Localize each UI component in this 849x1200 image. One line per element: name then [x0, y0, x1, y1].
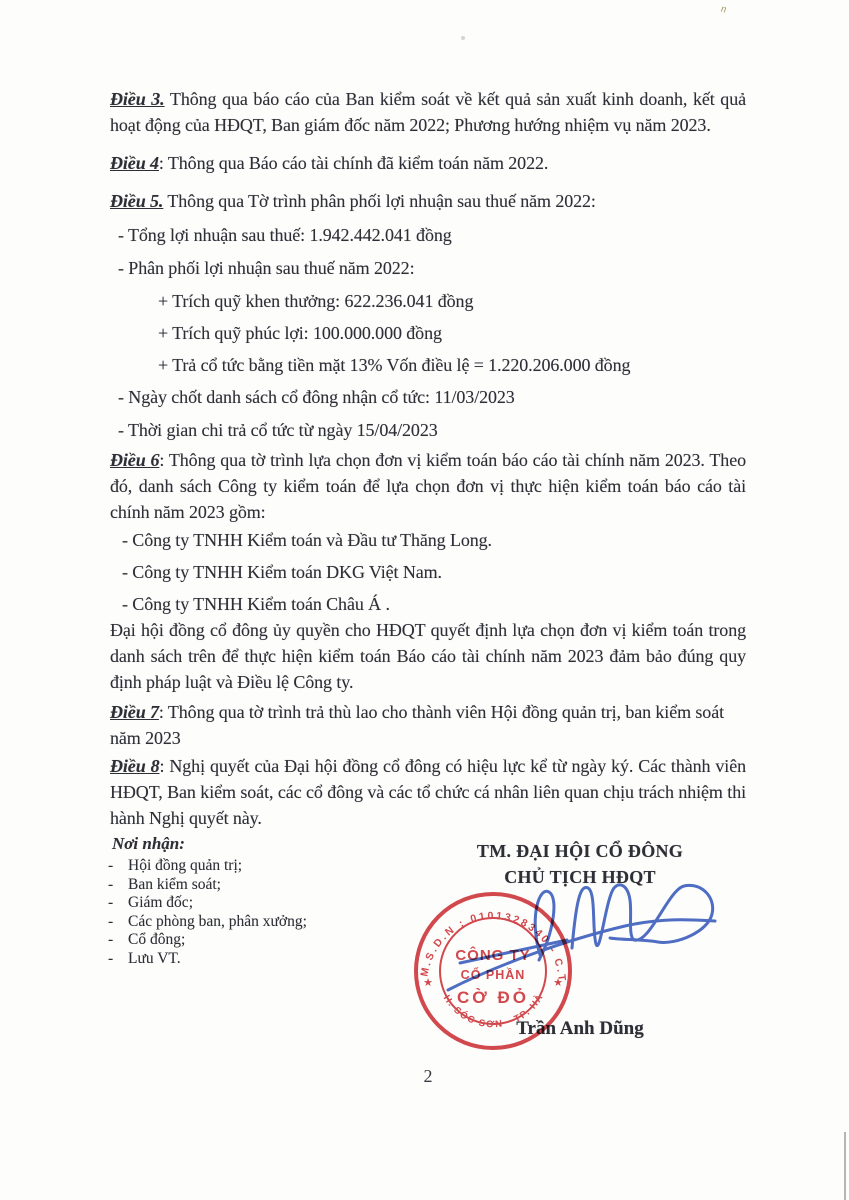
article-8-body: : Nghị quyết của Đại hội đồng cổ đông có…: [110, 756, 746, 828]
audit-company-2: - Công ty TNHH Kiểm toán DKG Việt Nam.: [122, 559, 722, 585]
article-7: Điều 7: Thông qua tờ trình trả thù lao c…: [110, 699, 746, 751]
dividend-cash-line: + Trả cổ tức bằng tiền mặt 13% Vốn điều …: [158, 352, 718, 378]
signature-scribble-icon: [425, 878, 725, 1018]
article-6-label: Điều 6: [110, 450, 159, 470]
signoff-on-behalf: TM. ĐẠI HỘI CỔ ĐÔNG: [425, 841, 735, 862]
article-6-note: Đại hội đồng cổ đông ủy quyền cho HĐQT q…: [110, 617, 746, 695]
recipient-label: Lưu VT.: [128, 950, 181, 969]
article-6-body: : Thông qua tờ trình lựa chọn đơn vị kiể…: [110, 450, 746, 522]
scan-artifact-corner-mark: n: [720, 3, 728, 16]
scan-speck: [461, 36, 465, 40]
payment-date-line: - Thời gian chi trả cổ tức từ ngày 15/04…: [118, 417, 718, 443]
recipient-dash: -: [108, 876, 128, 895]
page-number: 2: [408, 1066, 448, 1087]
article-7-label: Điều 7: [110, 702, 159, 722]
article-3: Điều 3. Thông qua báo cáo của Ban kiểm s…: [110, 86, 746, 138]
recipient-dash: -: [108, 894, 128, 913]
recipient-item: -Giám đốc;: [108, 894, 378, 913]
article-5-body: Thông qua Tờ trình phân phối lợi nhuận s…: [163, 191, 596, 211]
recipient-label: Giám đốc;: [128, 894, 193, 913]
record-date-line: - Ngày chốt danh sách cổ đông nhận cổ tứ…: [118, 384, 718, 410]
recipient-label: Các phòng ban, phân xưởng;: [128, 913, 307, 932]
recipient-label: Ban kiểm soát;: [128, 876, 221, 895]
scan-edge-artifact: [844, 1132, 846, 1200]
recipients-title: Nơi nhận:: [112, 834, 185, 854]
article-5: Điều 5. Thông qua Tờ trình phân phối lợi…: [110, 188, 746, 214]
article-5-label: Điều 5.: [110, 191, 163, 211]
recipient-dash: -: [108, 931, 128, 950]
recipient-item: -Ban kiểm soát;: [108, 876, 378, 895]
article-8-label: Điều 8: [110, 756, 160, 776]
recipients-list: -Hội đồng quản trị; -Ban kiểm soát; -Giá…: [108, 857, 378, 969]
welfare-fund-line: + Trích quỹ phúc lợi: 100.000.000 đồng: [158, 320, 718, 346]
article-4-label: Điều 4: [110, 153, 159, 173]
recipient-item: -Các phòng ban, phân xưởng;: [108, 913, 378, 932]
article-8: Điều 8: Nghị quyết của Đại hội đồng cổ đ…: [110, 753, 746, 831]
recipient-dash: -: [108, 913, 128, 932]
article-4: Điều 4: Thông qua Báo cáo tài chính đã k…: [110, 150, 746, 176]
recipient-label: Hội đồng quản trị;: [128, 857, 242, 876]
recipient-dash: -: [108, 950, 128, 969]
article-4-body: : Thông qua Báo cáo tài chính đã kiểm to…: [159, 153, 548, 173]
reward-fund-line: + Trích quỹ khen thưởng: 622.236.041 đồn…: [158, 288, 718, 314]
profit-total-line: - Tổng lợi nhuận sau thuế: 1.942.442.041…: [118, 222, 718, 248]
document-page: n Điều 3. Thông qua báo cáo của Ban kiểm…: [0, 0, 849, 1200]
article-3-body: Thông qua báo cáo của Ban kiểm soát về k…: [110, 89, 746, 135]
article-7-body: : Thông qua tờ trình trả thù lao cho thà…: [110, 702, 724, 748]
audit-company-1: - Công ty TNHH Kiểm toán và Đầu tư Thăng…: [122, 527, 722, 553]
article-6: Điều 6: Thông qua tờ trình lựa chọn đơn …: [110, 447, 746, 525]
recipient-item: -Hội đồng quản trị;: [108, 857, 378, 876]
article-3-label: Điều 3.: [110, 89, 165, 109]
recipient-label: Cổ đông;: [128, 931, 185, 950]
profit-alloc-line: - Phân phối lợi nhuận sau thuế năm 2022:: [118, 255, 718, 281]
recipient-dash: -: [108, 857, 128, 876]
audit-company-3: - Công ty TNHH Kiểm toán Châu Á .: [122, 591, 722, 617]
recipient-item: -Cổ đông;: [108, 931, 378, 950]
recipient-item: -Lưu VT.: [108, 950, 378, 969]
